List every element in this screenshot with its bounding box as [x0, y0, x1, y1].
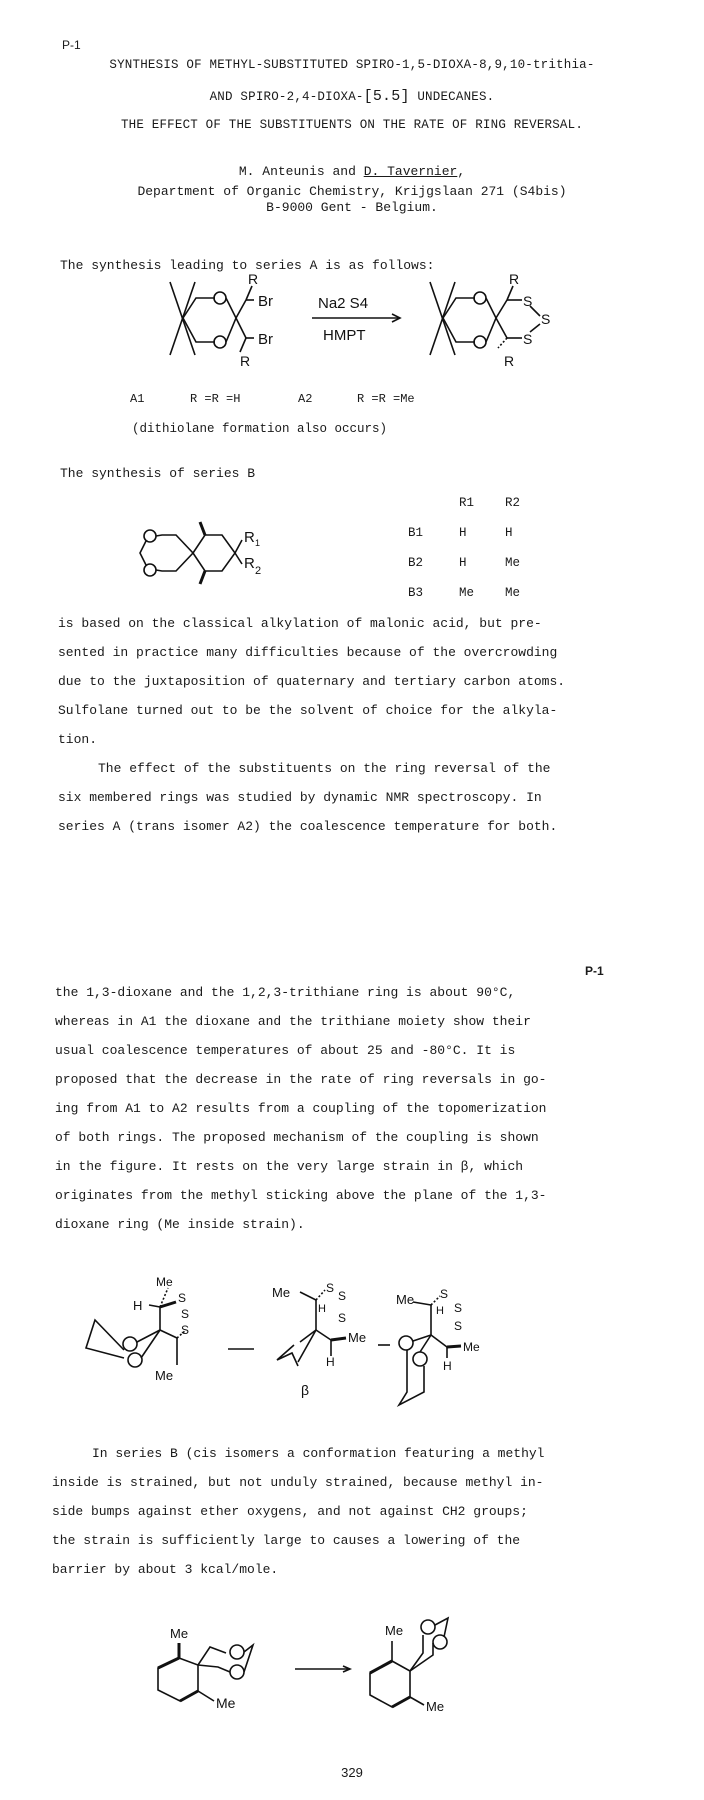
text-line: proposed that the decrease in the rate o…	[55, 1065, 625, 1094]
svg-text:β: β	[301, 1382, 309, 1398]
svg-text:Me: Me	[463, 1340, 480, 1354]
svg-text:S: S	[338, 1311, 346, 1325]
city: B-9000 Gent - Belgium.	[0, 200, 704, 215]
svg-text:S: S	[523, 293, 532, 309]
svg-text:H: H	[318, 1303, 326, 1315]
svg-text:Na2 S4: Na2 S4	[318, 295, 368, 312]
svg-text:Me: Me	[385, 1623, 403, 1638]
a1-label: A1	[130, 392, 144, 406]
table-header-r2: R2	[505, 496, 520, 510]
svg-text:R: R	[244, 555, 255, 572]
paragraph-4: In series B (cis isomers a conformation …	[52, 1439, 622, 1584]
svg-text:R: R	[240, 353, 250, 369]
title-line-2-pre: AND SPIRO-2,4-DIOXA-	[210, 90, 364, 104]
svg-text:S: S	[178, 1291, 186, 1305]
svg-text:Me: Me	[170, 1626, 188, 1641]
text-line: The effect of the substituents on the ri…	[58, 754, 628, 783]
authors: M. Anteunis and D. Tavernier,	[0, 164, 704, 179]
svg-text:R: R	[248, 271, 258, 287]
svg-text:H: H	[443, 1359, 452, 1373]
svg-text:S: S	[181, 1307, 189, 1321]
text-line: is based on the classical alkylation of …	[58, 609, 628, 638]
table-cell: H	[459, 526, 467, 540]
text-line: due to the juxtaposition of quaternary a…	[58, 667, 628, 696]
author-2: D. Tavernier	[364, 164, 458, 179]
text-line: six membered rings was studied by dynami…	[58, 783, 628, 812]
table-cell: Me	[505, 556, 520, 570]
series-b-intro: The synthesis of series B	[60, 466, 255, 481]
page-number: 329	[0, 1765, 704, 1780]
svg-text:Br: Br	[258, 331, 273, 348]
text-line: series A (trans isomer A2) the coalescen…	[58, 812, 628, 841]
title-bracket: [5.5]	[364, 88, 410, 105]
title-line-2: AND SPIRO-2,4-DIOXA-[5.5] UNDECANES.	[0, 88, 704, 105]
svg-text:S: S	[181, 1323, 189, 1337]
a1-definition: R =R =H	[190, 392, 240, 406]
text-line: in the figure. It rests on the very larg…	[55, 1152, 625, 1181]
text-line: Sulfolane turned out to be the solvent o…	[58, 696, 628, 725]
svg-text:1: 1	[255, 538, 260, 548]
text-line: of both rings. The proposed mechanism of…	[55, 1123, 625, 1152]
text-line: tion.	[58, 725, 628, 754]
text-line: barrier by about 3 kcal/mole.	[52, 1555, 622, 1584]
svg-text:S: S	[454, 1301, 462, 1315]
text-line: In series B (cis isomers a conformation …	[52, 1439, 622, 1468]
svg-text:HMPT: HMPT	[323, 327, 366, 344]
text-line: the 1,3-dioxane and the 1,2,3-trithiane …	[55, 978, 625, 1007]
text-line: ing from A1 to A2 results from a couplin…	[55, 1094, 625, 1123]
table-row-label: B2	[408, 556, 423, 570]
a2-definition: R =R =Me	[357, 392, 415, 406]
table-cell: Me	[459, 586, 474, 600]
series-a-reaction-scheme: R Br Br R Na2 S4 HMPT R S S S R	[0, 270, 704, 380]
svg-text:S: S	[541, 311, 550, 327]
author-sep: ,	[457, 164, 465, 179]
text-line: whereas in A1 the dioxane and the trithi…	[55, 1007, 625, 1036]
svg-text:H: H	[326, 1355, 335, 1369]
text-line: originates from the methyl sticking abov…	[55, 1181, 625, 1210]
table-cell: H	[459, 556, 467, 570]
table-row-label: B1	[408, 526, 423, 540]
series-b-conformer-figure: Me Me Me Me	[0, 1605, 704, 1715]
svg-text:S: S	[523, 331, 532, 347]
text-line: dioxane ring (Me inside strain).	[55, 1210, 625, 1239]
text-line: the strain is sufficiently large to caus…	[52, 1526, 622, 1555]
table-cell: H	[505, 526, 513, 540]
svg-text:Me: Me	[155, 1368, 173, 1383]
svg-text:H: H	[133, 1298, 142, 1313]
mechanism-figure: Me H S S S Me Me S S H S Me H β Me S H S…	[0, 1270, 704, 1410]
svg-text:S: S	[338, 1289, 346, 1303]
svg-text:S: S	[454, 1319, 462, 1333]
table-row-label: B3	[408, 586, 423, 600]
dithiolane-note: (dithiolane formation also occurs)	[132, 422, 387, 436]
paragraph-1: is based on the classical alkylation of …	[58, 609, 628, 754]
a2-label: A2	[298, 392, 312, 406]
svg-text:R: R	[244, 529, 255, 546]
svg-text:H: H	[436, 1305, 444, 1317]
series-b-structure: R 1 R 2	[0, 500, 320, 590]
table-cell: Me	[505, 586, 520, 600]
affiliation: Department of Organic Chemistry, Krijgsl…	[0, 184, 704, 199]
paragraph-3: the 1,3-dioxane and the 1,2,3-trithiane …	[55, 978, 625, 1239]
text-line: sented in practice many difficulties bec…	[58, 638, 628, 667]
paper-code-top: P-1	[62, 38, 81, 52]
svg-text:S: S	[440, 1287, 448, 1301]
svg-text:Me: Me	[426, 1699, 444, 1714]
svg-text:Me: Me	[272, 1285, 290, 1300]
text-line: side bumps against ether oxygens, and no…	[52, 1497, 622, 1526]
svg-text:Me: Me	[216, 1695, 236, 1711]
title-line-2-post: UNDECANES.	[410, 90, 495, 104]
svg-text:Me: Me	[348, 1330, 366, 1345]
svg-text:Me: Me	[156, 1275, 173, 1289]
title-line-3: THE EFFECT OF THE SUBSTITUENTS ON THE RA…	[0, 118, 704, 132]
svg-text:2: 2	[255, 565, 261, 577]
paper-code-mid: P-1	[585, 964, 604, 978]
title-line-1: SYNTHESIS OF METHYL-SUBSTITUTED SPIRO-1,…	[0, 58, 704, 72]
author-1: M. Anteunis and	[239, 164, 364, 179]
paragraph-2: The effect of the substituents on the ri…	[58, 754, 628, 841]
svg-text:Br: Br	[258, 293, 273, 310]
svg-text:R: R	[504, 353, 514, 369]
text-line: inside is strained, but not unduly strai…	[52, 1468, 622, 1497]
svg-text:Me: Me	[396, 1292, 414, 1307]
svg-text:R: R	[509, 271, 519, 287]
text-line: usual coalescence temperatures of about …	[55, 1036, 625, 1065]
svg-text:S: S	[326, 1281, 334, 1295]
table-header-r1: R1	[459, 496, 474, 510]
